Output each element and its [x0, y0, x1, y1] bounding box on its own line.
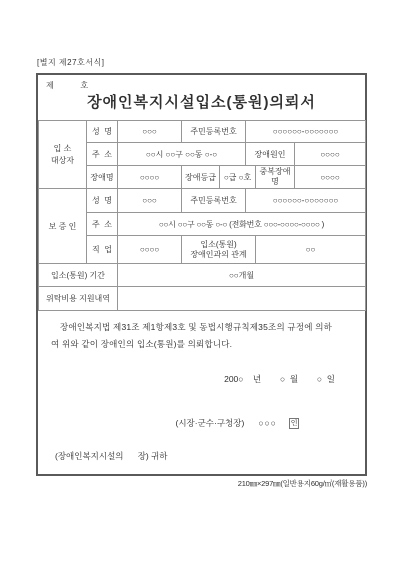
form-border-box: 제 호 장애인복지시설입소(통원)의뢰서 입 소 대상자 성 명 ○○○ 주민등…	[36, 73, 367, 476]
applicant-disability-row: 장애명 ○○○○ 장애등급 ○급 ○호 중복장애명 ○○○○	[39, 166, 366, 189]
seal-mark: 인	[289, 418, 300, 429]
applicant-rrn-label: 주민등록번호	[182, 121, 246, 143]
signer-name: ○○○	[258, 418, 276, 428]
form-table: 입 소 대상자 성 명 ○○○ 주민등록번호 ○○○○○○-○○○○○○○ 주 …	[38, 120, 366, 311]
guarantor-job-row: 직 업 ○○○○ 입소(통원) 장애인과의 관계 ○○	[39, 236, 366, 264]
date-line: 200○ 년 ○ 월 ○ 일	[224, 373, 335, 385]
guarantor-rrn-value: ○○○○○○-○○○○○○○	[246, 189, 366, 213]
applicant-rrn-value: ○○○○○○-○○○○○○○	[246, 121, 366, 143]
guarantor-job-label: 직 업	[87, 236, 118, 264]
period-value: ○○개월	[118, 264, 366, 287]
guarantor-name-label: 성 명	[87, 189, 118, 213]
applicant-name-row: 입 소 대상자 성 명 ○○○ 주민등록번호 ○○○○○○-○○○○○○○	[39, 121, 366, 143]
multi-disability-label: 중복장애명	[256, 166, 295, 189]
signature-line: (시장·군수·구청장)○○○인	[38, 417, 365, 429]
guarantor-name-row: 보 증 인 성 명 ○○○ 주민등록번호 ○○○○○○-○○○○○○○	[39, 189, 366, 213]
paper-spec-footer: 210㎜×297㎜(일반용지60g/㎡(재활용품))	[36, 478, 367, 489]
applicant-address-label: 주 소	[87, 143, 118, 166]
body-area: 장애인복지법 제31조 제1항제3호 및 동법시행규칙제35조의 규정에 의하 …	[38, 311, 365, 474]
form-reference-label: [별지 제27호서식]	[37, 57, 104, 68]
guarantor-address-row: 주 소 ○○시 ○○구 ○○동 ○-○ (전화번호 ○○○-○○○○-○○○○ …	[39, 213, 366, 236]
support-label: 위탁비용 지원내역	[39, 287, 118, 311]
period-label: 입소(통원) 기간	[39, 264, 118, 287]
document-number-field: 제 호	[46, 80, 88, 91]
relation-label: 입소(통원) 장애인과의 관계	[182, 236, 256, 264]
disability-name-label: 장애명	[87, 166, 118, 189]
guarantor-address-label: 주 소	[87, 213, 118, 236]
disability-grade-label: 장애등급	[182, 166, 220, 189]
support-row: 위탁비용 지원내역	[39, 287, 366, 311]
guarantor-name-value: ○○○	[118, 189, 182, 213]
guarantor-job-value: ○○○○	[118, 236, 182, 264]
disability-cause-label: 장애원인	[246, 143, 295, 166]
disability-name-value: ○○○○	[118, 166, 182, 189]
applicant-group-label: 입 소 대상자	[39, 121, 87, 189]
relation-value: ○○	[256, 236, 366, 264]
applicant-address-value: ○○시 ○○구 ○○동 ○-○	[118, 143, 246, 166]
multi-disability-value: ○○○○	[295, 166, 366, 189]
guarantor-address-value: ○○시 ○○구 ○○동 ○-○ (전화번호 ○○○-○○○○-○○○○ )	[118, 213, 366, 236]
form-page: [별지 제27호서식] 제 호 장애인복지시설입소(통원)의뢰서 입 소 대상자…	[0, 0, 400, 566]
period-row: 입소(통원) 기간 ○○개월	[39, 264, 366, 287]
page-title: 장애인복지시설입소(통원)의뢰서	[38, 91, 365, 112]
recipient-line: (장애인복지시설의 장) 귀하	[55, 450, 168, 462]
applicant-name-value: ○○○	[118, 121, 182, 143]
applicant-name-label: 성 명	[87, 121, 118, 143]
legal-paragraph: 장애인복지법 제31조 제1항제3호 및 동법시행규칙제35조의 규정에 의하 …	[51, 319, 356, 354]
disability-cause-value: ○○○○	[295, 143, 366, 166]
guarantor-rrn-label: 주민등록번호	[182, 189, 246, 213]
applicant-address-row: 주 소 ○○시 ○○구 ○○동 ○-○ 장애원인 ○○○○	[39, 143, 366, 166]
support-value	[118, 287, 366, 311]
disability-grade-value: ○급 ○호	[220, 166, 256, 189]
signer-title: (시장·군수·구청장)	[176, 418, 245, 428]
guarantor-group-label: 보 증 인	[39, 189, 87, 264]
title-area: 제 호 장애인복지시설입소(통원)의뢰서	[38, 75, 365, 120]
